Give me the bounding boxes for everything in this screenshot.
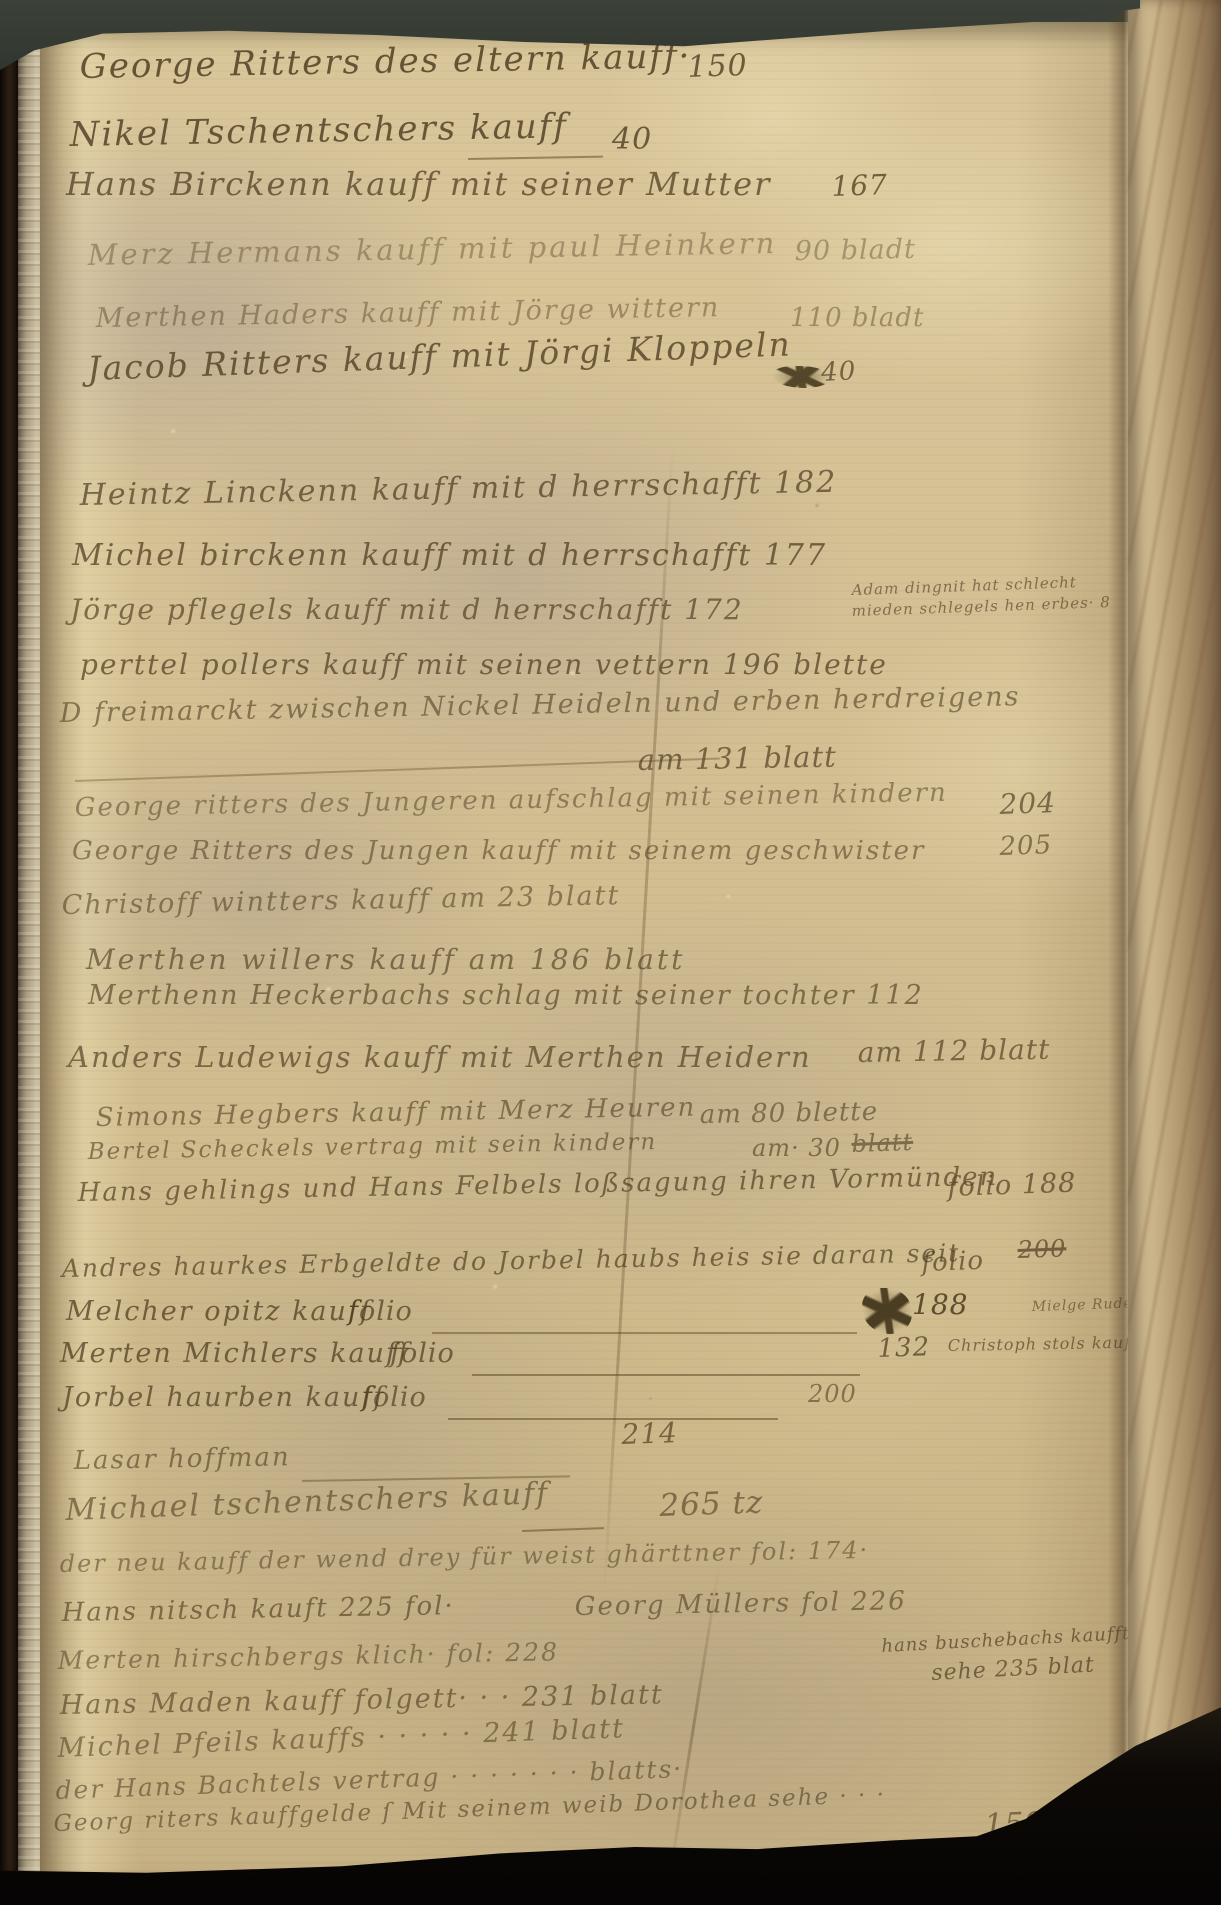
ink-stroke xyxy=(432,1330,857,1334)
ink-stroke xyxy=(468,154,603,160)
handwriting-line: Simons Hegbers kauff mit Merz Heuren xyxy=(96,1095,697,1133)
handwriting-line: 132 xyxy=(877,1334,931,1363)
handwriting-line: Merten Michlers kauff xyxy=(60,1340,410,1368)
handwriting-line: 90 bladt xyxy=(795,236,917,266)
handwriting-line: Hans nitsch kauft 225 fol· xyxy=(62,1593,455,1627)
handwriting-line: 188 xyxy=(912,1290,968,1319)
ink-stroke xyxy=(75,755,720,782)
handwriting-line: Merthen Haders kauff mit Jörge wittern xyxy=(96,294,721,333)
handwriting-line: Nikel Tschentschers kauff xyxy=(69,109,568,153)
handwriting-line: George Ritters des eltern kauff· xyxy=(79,39,691,85)
handwriting-line: 110 bladt xyxy=(790,305,924,332)
handwriting-line: Jacob Ritters kauff mit Jörgi Kloppeln xyxy=(87,327,792,386)
handwriting-line: folio xyxy=(921,1248,984,1277)
handwriting-line: perttel pollers kauff mit seinen vettern… xyxy=(80,650,888,679)
handwriting-line: Christoff wintters kauff am 23 blatt xyxy=(62,882,621,920)
manuscript-page: George Ritters des eltern kauff·150Nikel… xyxy=(40,22,1150,1882)
handwriting-line: 214 xyxy=(621,1418,678,1449)
handwriting-line: 150 xyxy=(687,50,748,84)
handwriting-line: Jörge pflegels kauff mit d herrschafft 1… xyxy=(70,595,744,624)
handwriting-line: Michel Pfeils kauffs · · · · · 241 blatt xyxy=(57,1715,625,1763)
handwriting-line: George Ritters des Jungen kauff mit sein… xyxy=(72,838,925,865)
manuscript-scan: George Ritters des eltern kauff·150Nikel… xyxy=(0,0,1221,1905)
handwriting-line: Anders Ludewigs kauff mit Merthen Heider… xyxy=(68,1042,812,1072)
handwriting-line: 265 tz xyxy=(659,1486,764,1522)
handwriting-line: 40 xyxy=(821,358,857,387)
handwriting-line: Melcher opitz kauff xyxy=(66,1298,372,1326)
handwriting-line: Hans gehlings und Hans Felbels loßsagung… xyxy=(78,1164,999,1207)
handwriting-line: 200 xyxy=(1017,1236,1067,1263)
handwriting-line: George ritters des Jungeren aufschlag mi… xyxy=(75,780,948,823)
handwriting-line: 167 xyxy=(831,170,888,201)
handwriting-line: mieden schlegels hen erbes· 8 xyxy=(851,595,1111,620)
ink-stroke xyxy=(522,1525,604,1532)
handwriting-line: Andres haurkes Erbgeldte do Jorbel haubs… xyxy=(62,1240,961,1282)
handwriting-line: Merten hirschbergs klich· fol: 228 xyxy=(58,1639,560,1674)
handwriting-line: Merthenn Heckerbachs schlag mit seiner t… xyxy=(88,982,924,1010)
handwriting-line: Merz Hermans kauff mit paul Heinkern xyxy=(87,228,777,270)
handwriting-line: am 80 blette xyxy=(700,1099,879,1129)
handwriting-line: 204 xyxy=(999,788,1056,819)
handwriting-line: am 112 blatt xyxy=(857,1035,1050,1068)
handwriting-line: folio 188 xyxy=(947,1170,1077,1203)
handwriting-line: Georg Müllers fol 226 xyxy=(575,1588,907,1621)
handwriting-line: folio xyxy=(390,1340,455,1368)
ink-stroke xyxy=(472,1372,860,1376)
handwriting-line: 40 xyxy=(612,124,652,156)
handwriting-line: Michael tschentschers kauff xyxy=(65,1478,550,1526)
book-binding-edge xyxy=(0,0,18,1905)
handwriting-line: Merthen willers kauff am 186 blatt xyxy=(86,945,685,974)
handwriting-line: blatt xyxy=(851,1130,913,1157)
handwriting-line: folio xyxy=(362,1384,427,1412)
handwriting-line: Michel birckenn kauff mit d herrschafft … xyxy=(72,540,827,572)
handwriting-line: 200 xyxy=(808,1382,857,1407)
handwriting-line: Heintz Linckenn kauff mit d herrschafft … xyxy=(79,467,837,512)
handwriting-line: Bertel Scheckels vertrag mit sein kinder… xyxy=(88,1130,658,1164)
handwriting-line: Hans Birckenn kauff mit seiner Mutter xyxy=(66,168,771,202)
handwriting-line: Lasar hoffman xyxy=(74,1444,291,1475)
handwriting-line: der neu kauff der wend drey für weist gh… xyxy=(60,1538,870,1577)
ink-stroke xyxy=(448,1416,778,1420)
handwriting-line: folio xyxy=(348,1298,413,1326)
handwriting-line: 205 xyxy=(999,832,1053,861)
handwriting-line: sehe 235 blat xyxy=(931,1653,1096,1685)
handwriting-line: am· 30 xyxy=(752,1136,841,1161)
handwriting-line: Jorbel haurben kauff xyxy=(62,1384,385,1412)
ink-blot xyxy=(862,1288,912,1334)
next-page-edge xyxy=(1128,0,1221,1905)
handwriting-line: D freimarckt zwischen Nickel Heideln und… xyxy=(60,683,1021,728)
